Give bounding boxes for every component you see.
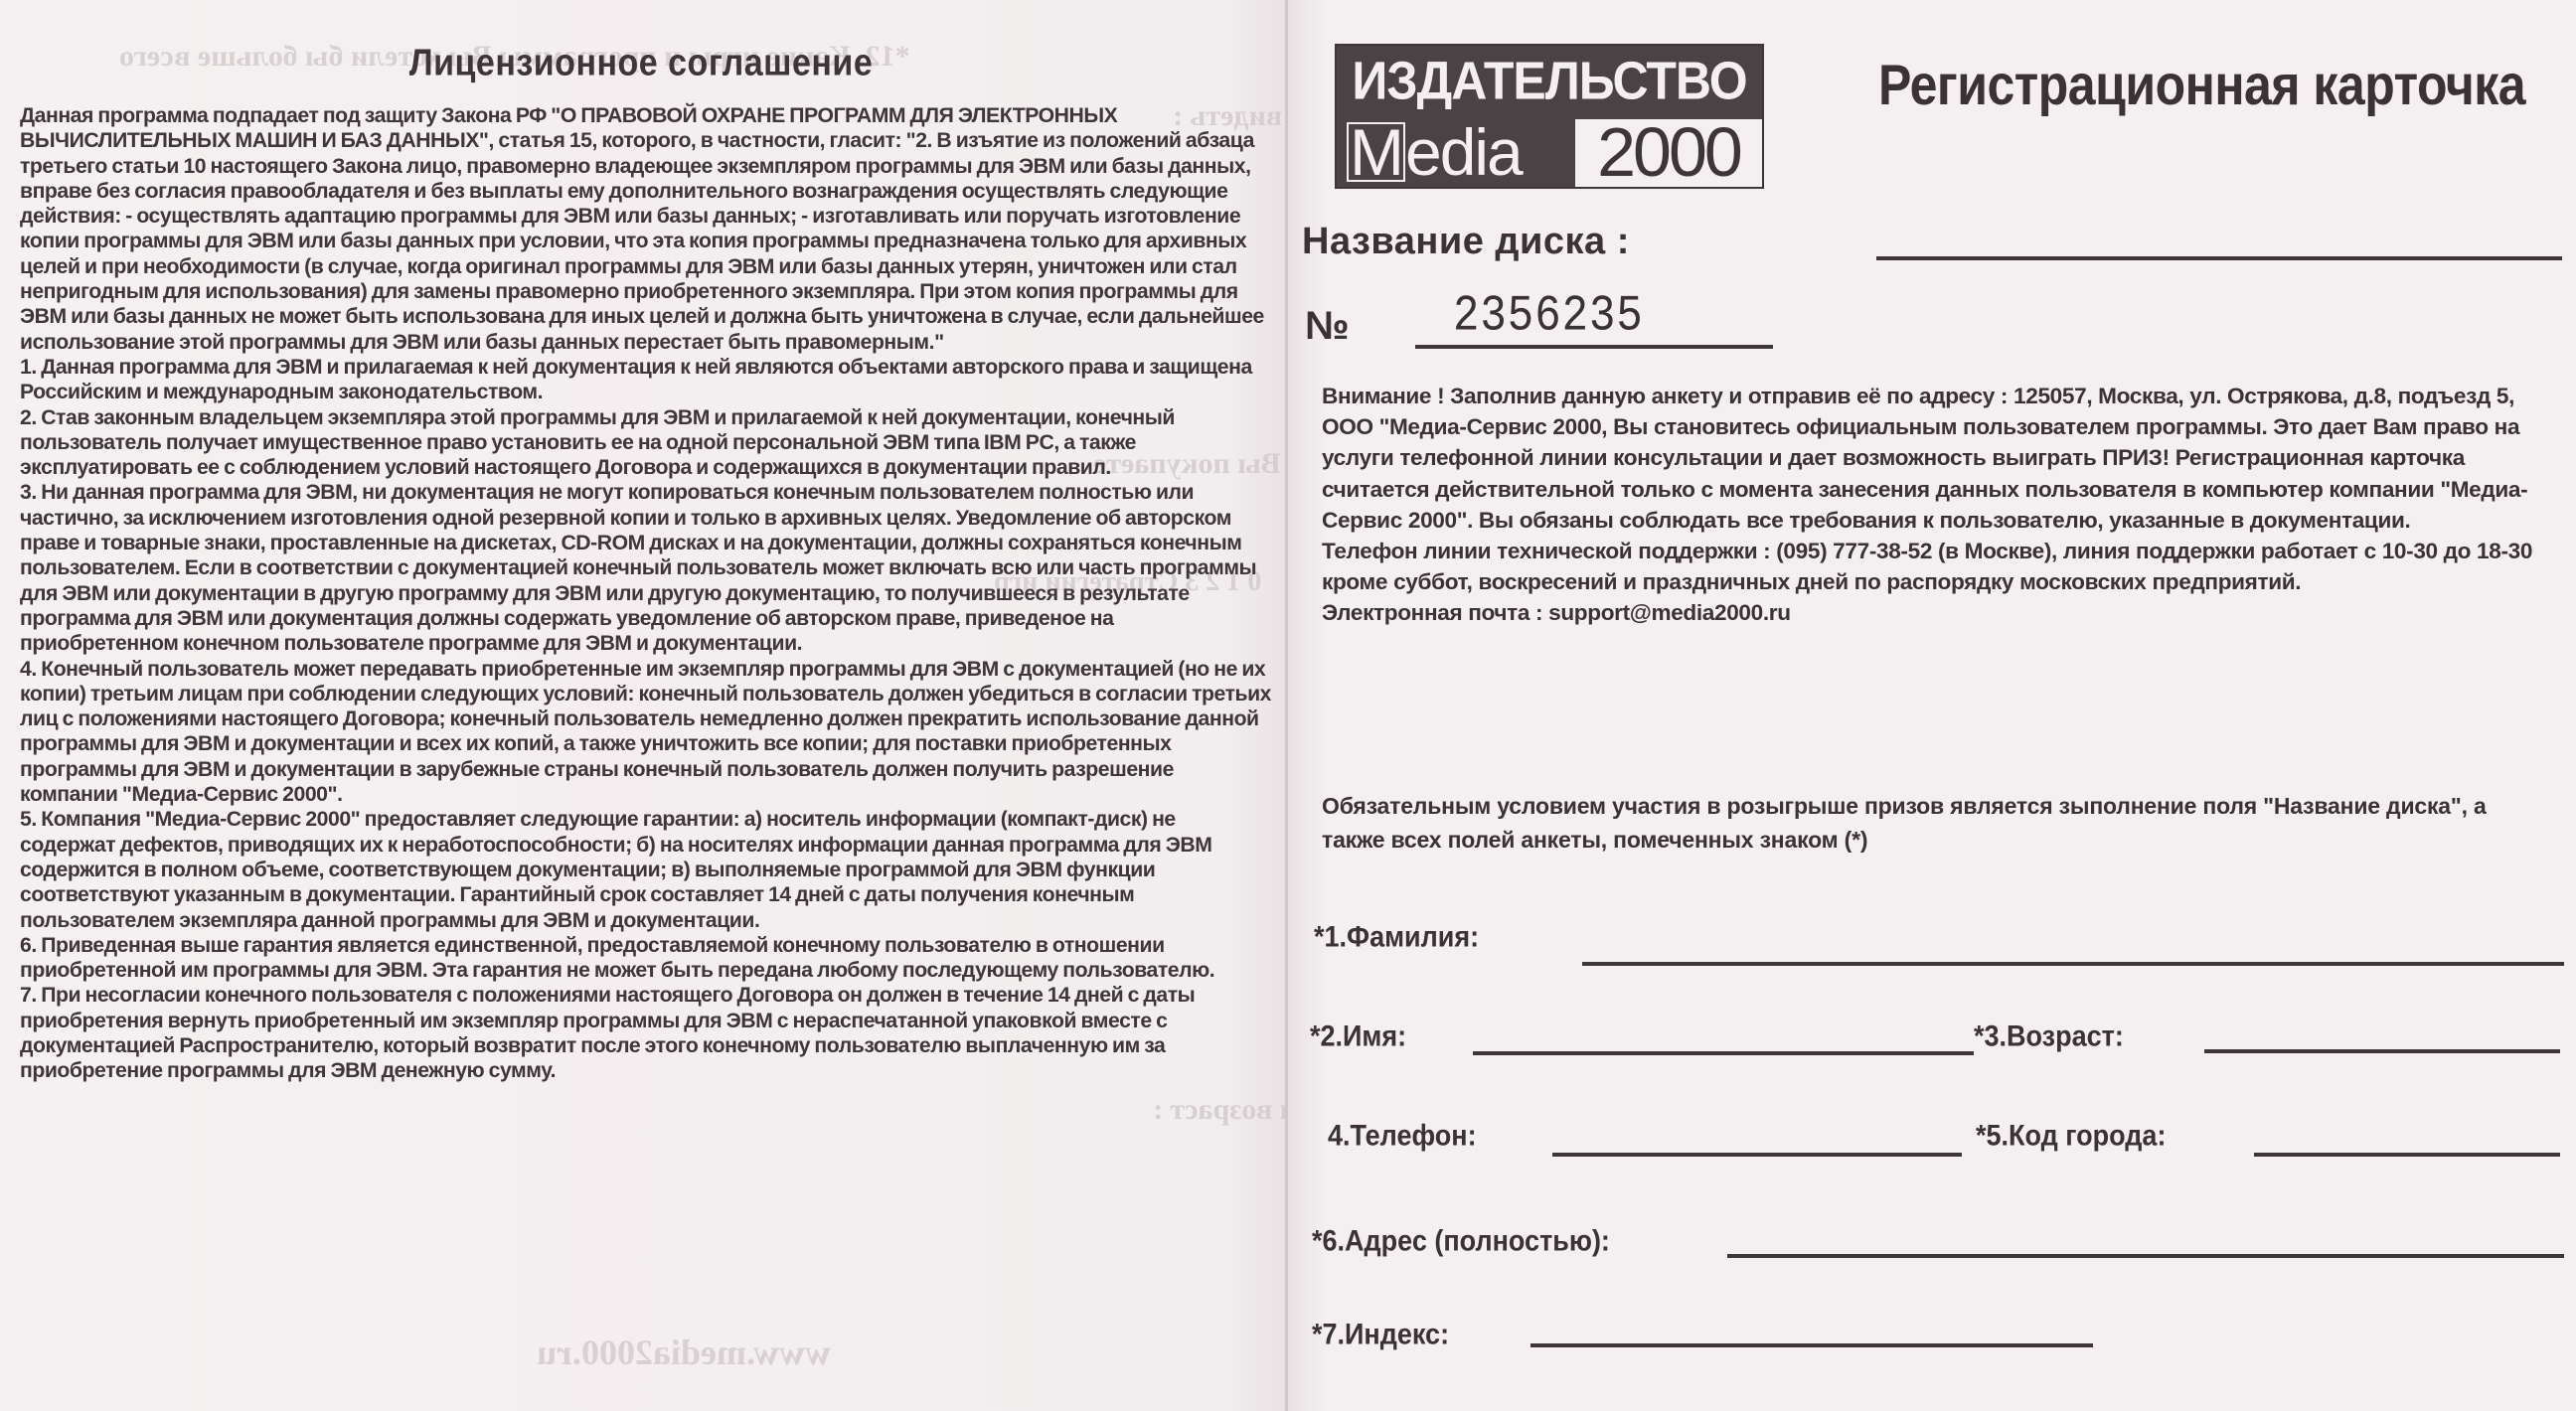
logo-media-initial: M (1347, 122, 1405, 182)
logo-media-rest: edia (1405, 115, 1522, 189)
phone-label: 4.Телефон: (1328, 1119, 1477, 1153)
address-label: *6.Адрес (полностью): (1312, 1224, 1610, 1258)
license-clause-4: 4. Конечный пользователь может передават… (20, 657, 1274, 808)
serial-number-underline (1415, 345, 1773, 349)
logo-media-word: Media (1347, 121, 1522, 183)
registration-notice: Внимание ! Заполнив данную анкету и отпр… (1322, 381, 2554, 629)
serial-number-value: 2356235 (1453, 288, 1644, 346)
age-label: *3.Возраст: (1974, 1019, 2124, 1053)
license-paragraph-intro: Данная программа подпадает под защиту За… (20, 103, 1274, 355)
license-body: Данная программа подпадает под защиту За… (20, 103, 1274, 1084)
license-clause-5: 5. Компания "Медиа-Сервис 2000" предоста… (20, 807, 1274, 932)
license-clause-3: 3. Ни данная программа для ЭВМ, ни докум… (20, 480, 1274, 656)
phone-field[interactable] (1552, 1153, 1962, 1157)
license-page: *12. Какие игры и программы Вы хотели бы… (0, 0, 1286, 1411)
show-through-text: www.media2000.ru (537, 1332, 831, 1373)
logo-publisher-word: ИЗДАТЕЛЬСТВО (1337, 50, 1762, 112)
age-field[interactable] (2204, 1049, 2560, 1053)
publisher-logo: ИЗДАТЕЛЬСТВО Media 2000 (1335, 44, 1764, 189)
prize-condition-text: Обязательным условием участия в розыгрыш… (1322, 789, 2554, 857)
disk-name-field[interactable] (1876, 256, 2562, 260)
name-field[interactable] (1473, 1051, 1974, 1055)
registration-card-page: *7. E-Mail (печатными буквами) : *8. Что… (1288, 0, 2576, 1411)
address-field[interactable] (1727, 1254, 2564, 1258)
license-clause-6: 6. Приведенная выше гарантия является ед… (20, 933, 1274, 984)
logo-number: 2000 (1575, 119, 1762, 187)
notice-text: Внимание ! Заполнив данную анкету и отпр… (1322, 381, 2554, 536)
postal-index-label: *7.Индекс: (1312, 1318, 1449, 1351)
postal-index-field[interactable] (1530, 1343, 2093, 1347)
card-title: Регистрационная карточка (1878, 52, 2525, 118)
disk-name-label: Название диска : (1302, 221, 1630, 263)
license-clause-1: 1. Данная программа для ЭВМ и прилагаема… (20, 355, 1274, 405)
city-code-label: *5.Код города: (1976, 1119, 2166, 1153)
surname-field[interactable] (1582, 962, 2564, 966)
license-clause-7: 7. При несогласии конечного пользователя… (20, 983, 1274, 1083)
serial-number-label: № (1305, 304, 1350, 349)
support-phone-text: Телефон линии технической поддержки : (0… (1322, 536, 2554, 597)
city-code-field[interactable] (2254, 1153, 2560, 1157)
surname-label: *1.Фамилия: (1314, 920, 1479, 954)
license-title: Лицензионное соглашение (0, 42, 1282, 85)
name-label: *2.Имя: (1310, 1019, 1406, 1053)
show-through-text: *13. Ваш возраст : (1153, 1093, 1286, 1127)
prize-condition: Обязательным условием участия в розыгрыш… (1322, 789, 2554, 857)
license-clause-2: 2. Став законным владельцем экземпляра э… (20, 405, 1274, 481)
support-email-text: Электронная почта : support@media2000.ru (1322, 597, 2554, 628)
